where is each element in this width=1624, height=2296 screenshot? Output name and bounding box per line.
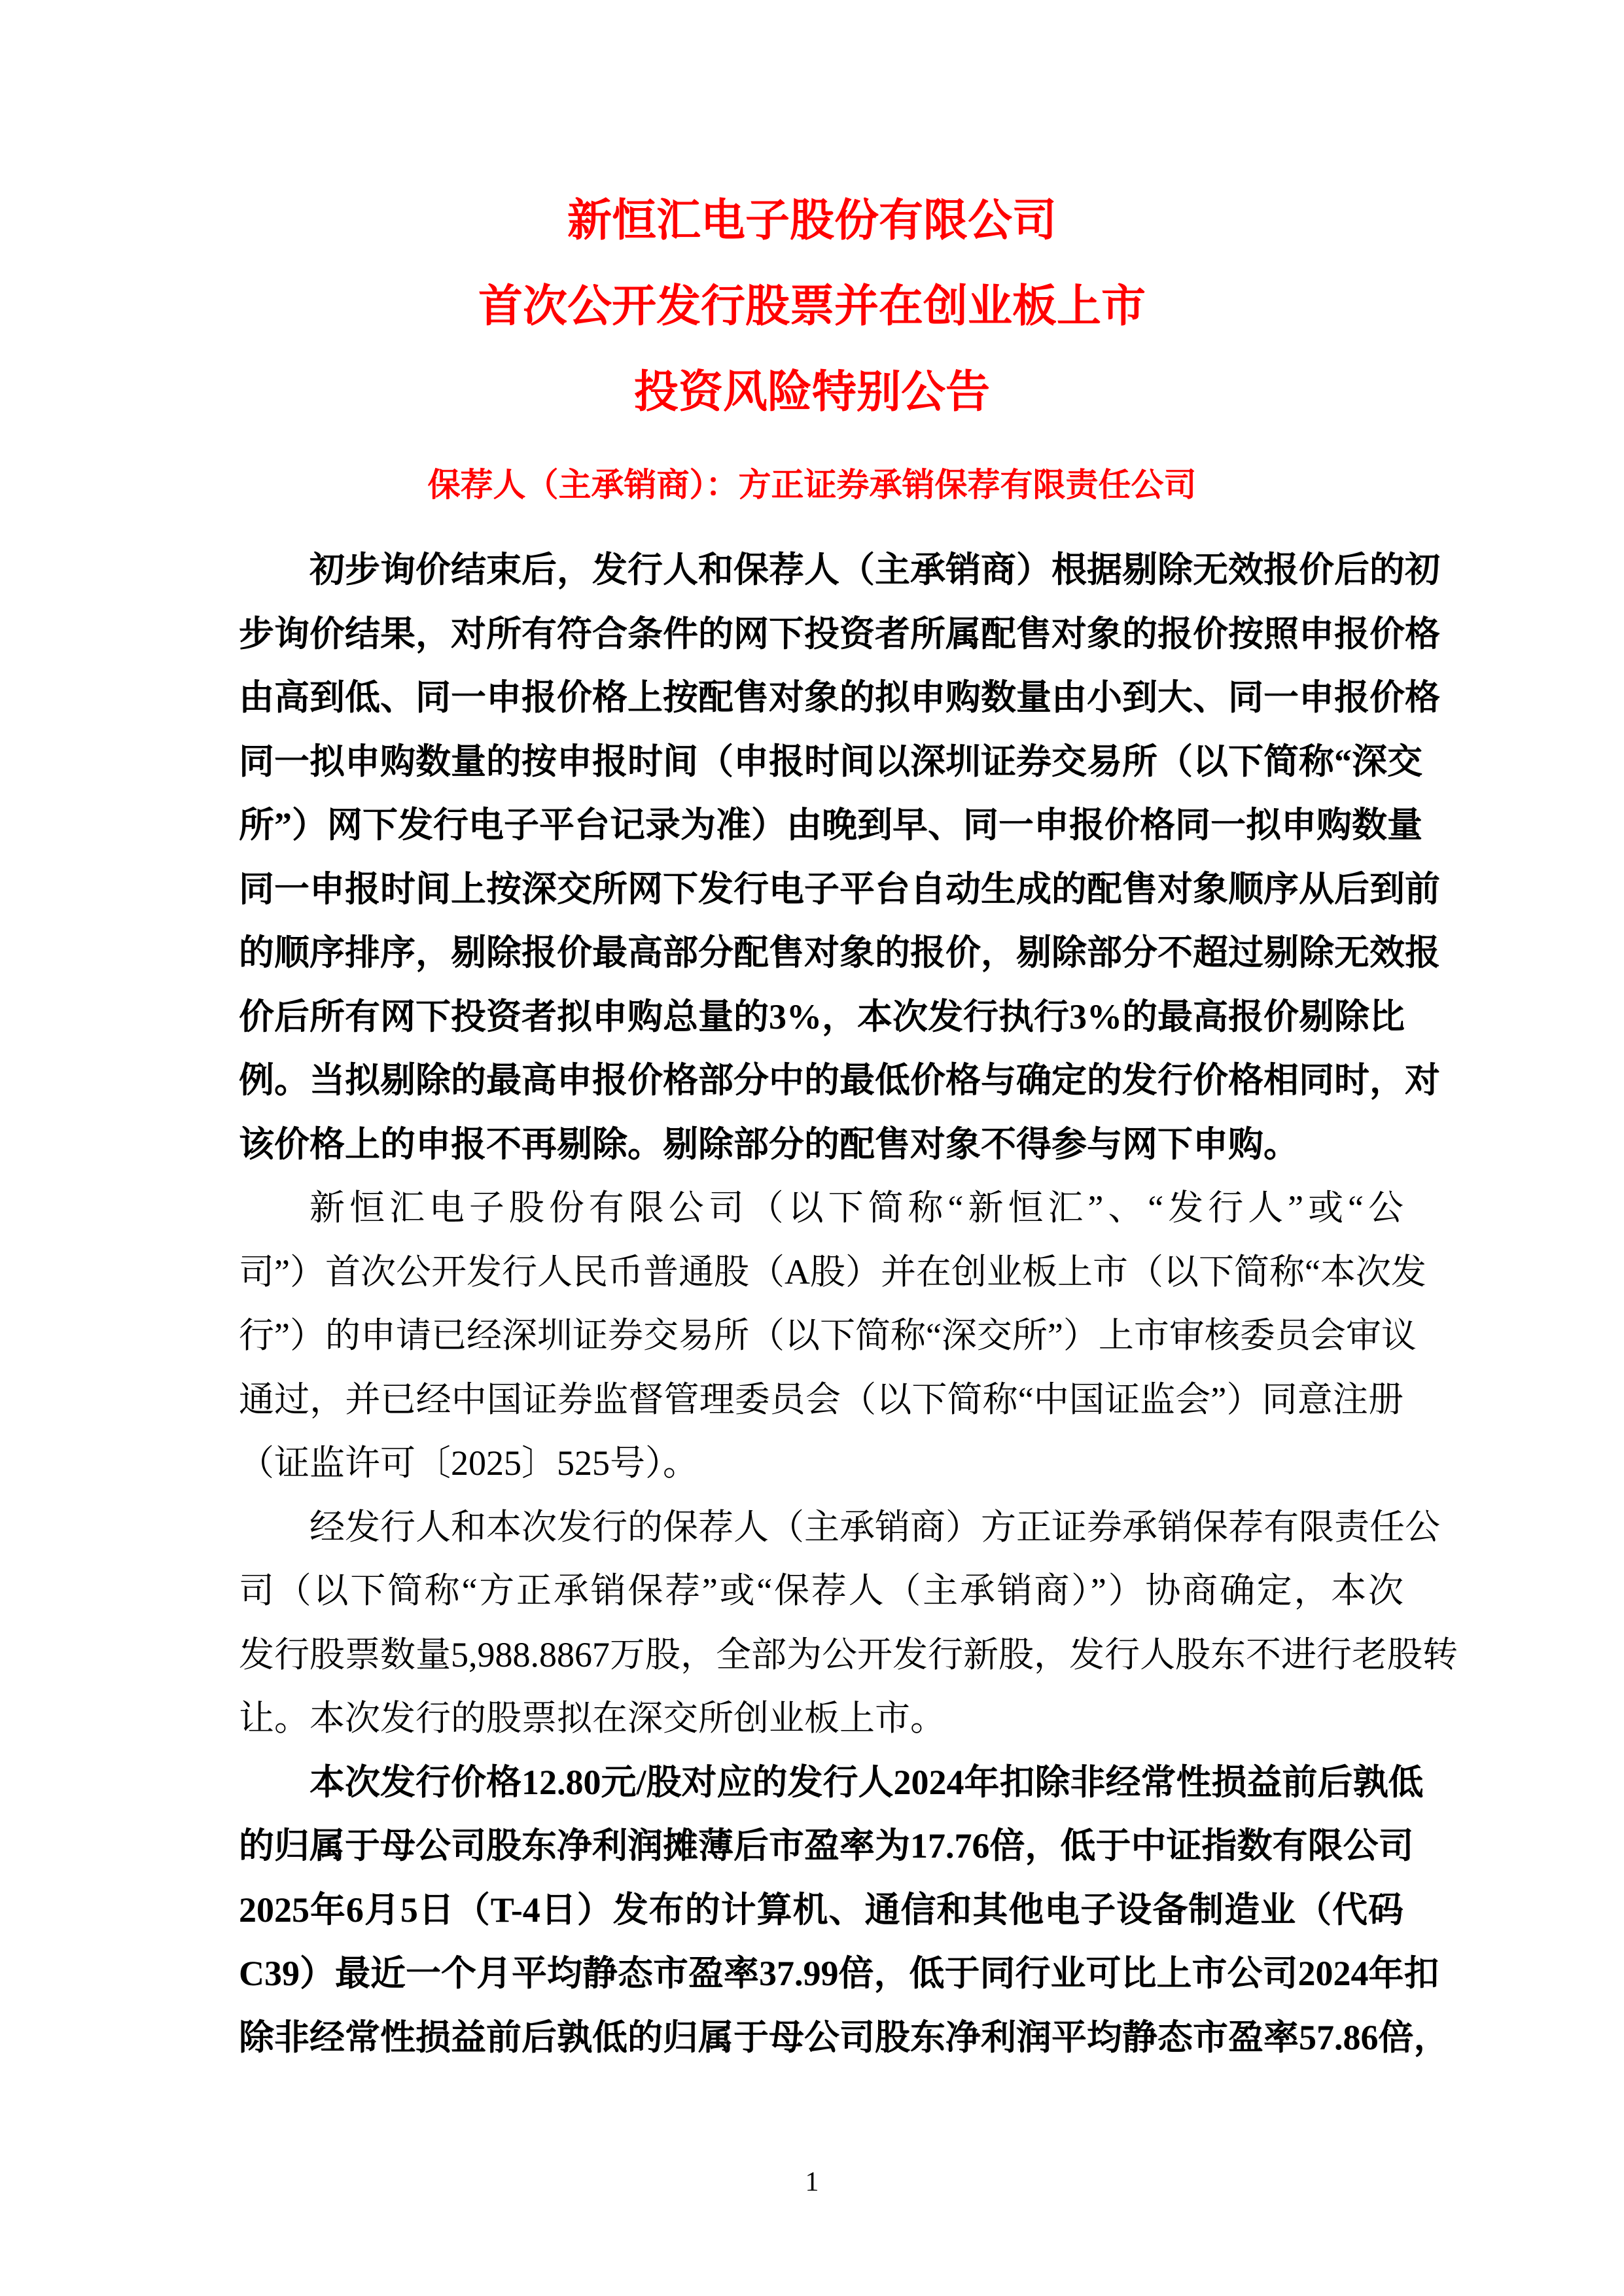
paragraph-line: （证监许可〔2025〕525号）。 bbox=[239, 1432, 1403, 1496]
paragraph-line: 的顺序排序，剔除报价最高部分配售对象的报价，剔除部分不超过剔除无效报 bbox=[239, 921, 1403, 985]
paragraph-line: 经发行人和本次发行的保荐人（主承销商）方正证券承销保荐有限责任公 bbox=[239, 1496, 1403, 1560]
paragraph-line: 同一拟申购数量的按申报时间（申报时间以深圳证券交易所（以下简称“深交 bbox=[239, 730, 1403, 794]
title-line-company: 新恒汇电子股份有限公司 bbox=[0, 178, 1624, 264]
paragraph-line: 初步询价结束后，发行人和保荐人（主承销商）根据剔除无效报价后的初 bbox=[239, 539, 1403, 603]
document-title-block: 新恒汇电子股份有限公司 首次公开发行股票并在创业板上市 投资风险特别公告 bbox=[0, 0, 1624, 435]
paragraph-line: 除非经常性损益前后孰低的归属于母公司股东净利润平均静态市盈率57.86倍， bbox=[239, 2006, 1403, 2070]
paragraph-line: C39）最近一个月平均静态市盈率37.99倍，低于同行业可比上市公司2024年扣 bbox=[239, 1942, 1403, 2006]
paragraph-line: 的归属于母公司股东净利润摊薄后市盈率为17.76倍，低于中证指数有限公司 bbox=[239, 1814, 1403, 1879]
paragraph-issue-price-pe-ratio: 本次发行价格12.80元/股对应的发行人2024年扣除非经常性损益前后孰低 的归… bbox=[239, 1751, 1403, 2070]
paragraph-line: 步询价结果，对所有符合条件的网下投资者所属配售对象的报价按照申报价格 bbox=[239, 603, 1403, 667]
paragraph-line: 司”）首次公开发行人民币普通股（A股）并在创业板上市（以下简称“本次发 bbox=[239, 1241, 1403, 1305]
paragraph-line: 新恒汇电子股份有限公司（以下简称“新恒汇”、“发行人”或“公 bbox=[239, 1176, 1403, 1241]
paragraph-line: 例。当拟剔除的最高申报价格部分中的最低价格与确定的发行价格相同时，对 bbox=[239, 1049, 1403, 1113]
page-number: 1 bbox=[0, 2166, 1624, 2199]
paragraph-line: 所”）网下发行电子平台记录为准）由晚到早、同一申报价格同一拟申购数量 bbox=[239, 794, 1403, 858]
announcement-page: 新恒汇电子股份有限公司 首次公开发行股票并在创业板上市 投资风险特别公告 保荐人… bbox=[0, 0, 1624, 2296]
paragraph-price-elimination-rule: 初步询价结束后，发行人和保荐人（主承销商）根据剔除无效报价后的初 步询价结果，对… bbox=[239, 539, 1403, 1176]
paragraph-issue-quantity: 经发行人和本次发行的保荐人（主承销商）方正证券承销保荐有限责任公 司（以下简称“… bbox=[239, 1496, 1403, 1751]
sponsor-underwriter-line: 保荐人（主承销商）：方正证券承销保荐有限责任公司 bbox=[0, 461, 1624, 508]
paragraph-line: 价后所有网下投资者拟申购总量的3%，本次发行执行3%的最高报价剔除比 bbox=[239, 985, 1403, 1050]
title-line-offering: 首次公开发行股票并在创业板上市 bbox=[0, 264, 1624, 349]
paragraph-line: 该价格上的申报不再剔除。剔除部分的配售对象不得参与网下申购。 bbox=[239, 1113, 1403, 1177]
paragraph-line: 发行股票数量5,988.8867万股，全部为公开发行新股，发行人股东不进行老股转 bbox=[239, 1623, 1403, 1687]
paragraph-line: 通过，并已经中国证券监督管理委员会（以下简称“中国证监会”）同意注册 bbox=[239, 1368, 1403, 1432]
paragraph-line: 让。本次发行的股票拟在深交所创业板上市。 bbox=[239, 1687, 1403, 1751]
paragraph-issuer-registration: 新恒汇电子股份有限公司（以下简称“新恒汇”、“发行人”或“公 司”）首次公开发行… bbox=[239, 1176, 1403, 1496]
paragraph-line: 本次发行价格12.80元/股对应的发行人2024年扣除非经常性损益前后孰低 bbox=[239, 1751, 1403, 1815]
paragraph-line: 司（以下简称“方正承销保荐”或“保荐人（主承销商）”）协商确定，本次 bbox=[239, 1559, 1403, 1623]
paragraph-line: 由高到低、同一申报价格上按配售对象的拟申购数量由小到大、同一申报价格 bbox=[239, 666, 1403, 730]
title-line-risk-announcement: 投资风险特别公告 bbox=[0, 349, 1624, 435]
paragraph-line: 2025年6月5日（T-4日）发布的计算机、通信和其他电子设备制造业（代码 bbox=[239, 1879, 1403, 1943]
paragraph-line: 行”）的申请已经深圳证券交易所（以下简称“深交所”）上市审核委员会审议 bbox=[239, 1304, 1403, 1368]
body-text: 初步询价结束后，发行人和保荐人（主承销商）根据剔除无效报价后的初 步询价结果，对… bbox=[239, 539, 1403, 2070]
paragraph-line: 同一申报时间上按深交所网下发行电子平台自动生成的配售对象顺序从后到前 bbox=[239, 858, 1403, 922]
